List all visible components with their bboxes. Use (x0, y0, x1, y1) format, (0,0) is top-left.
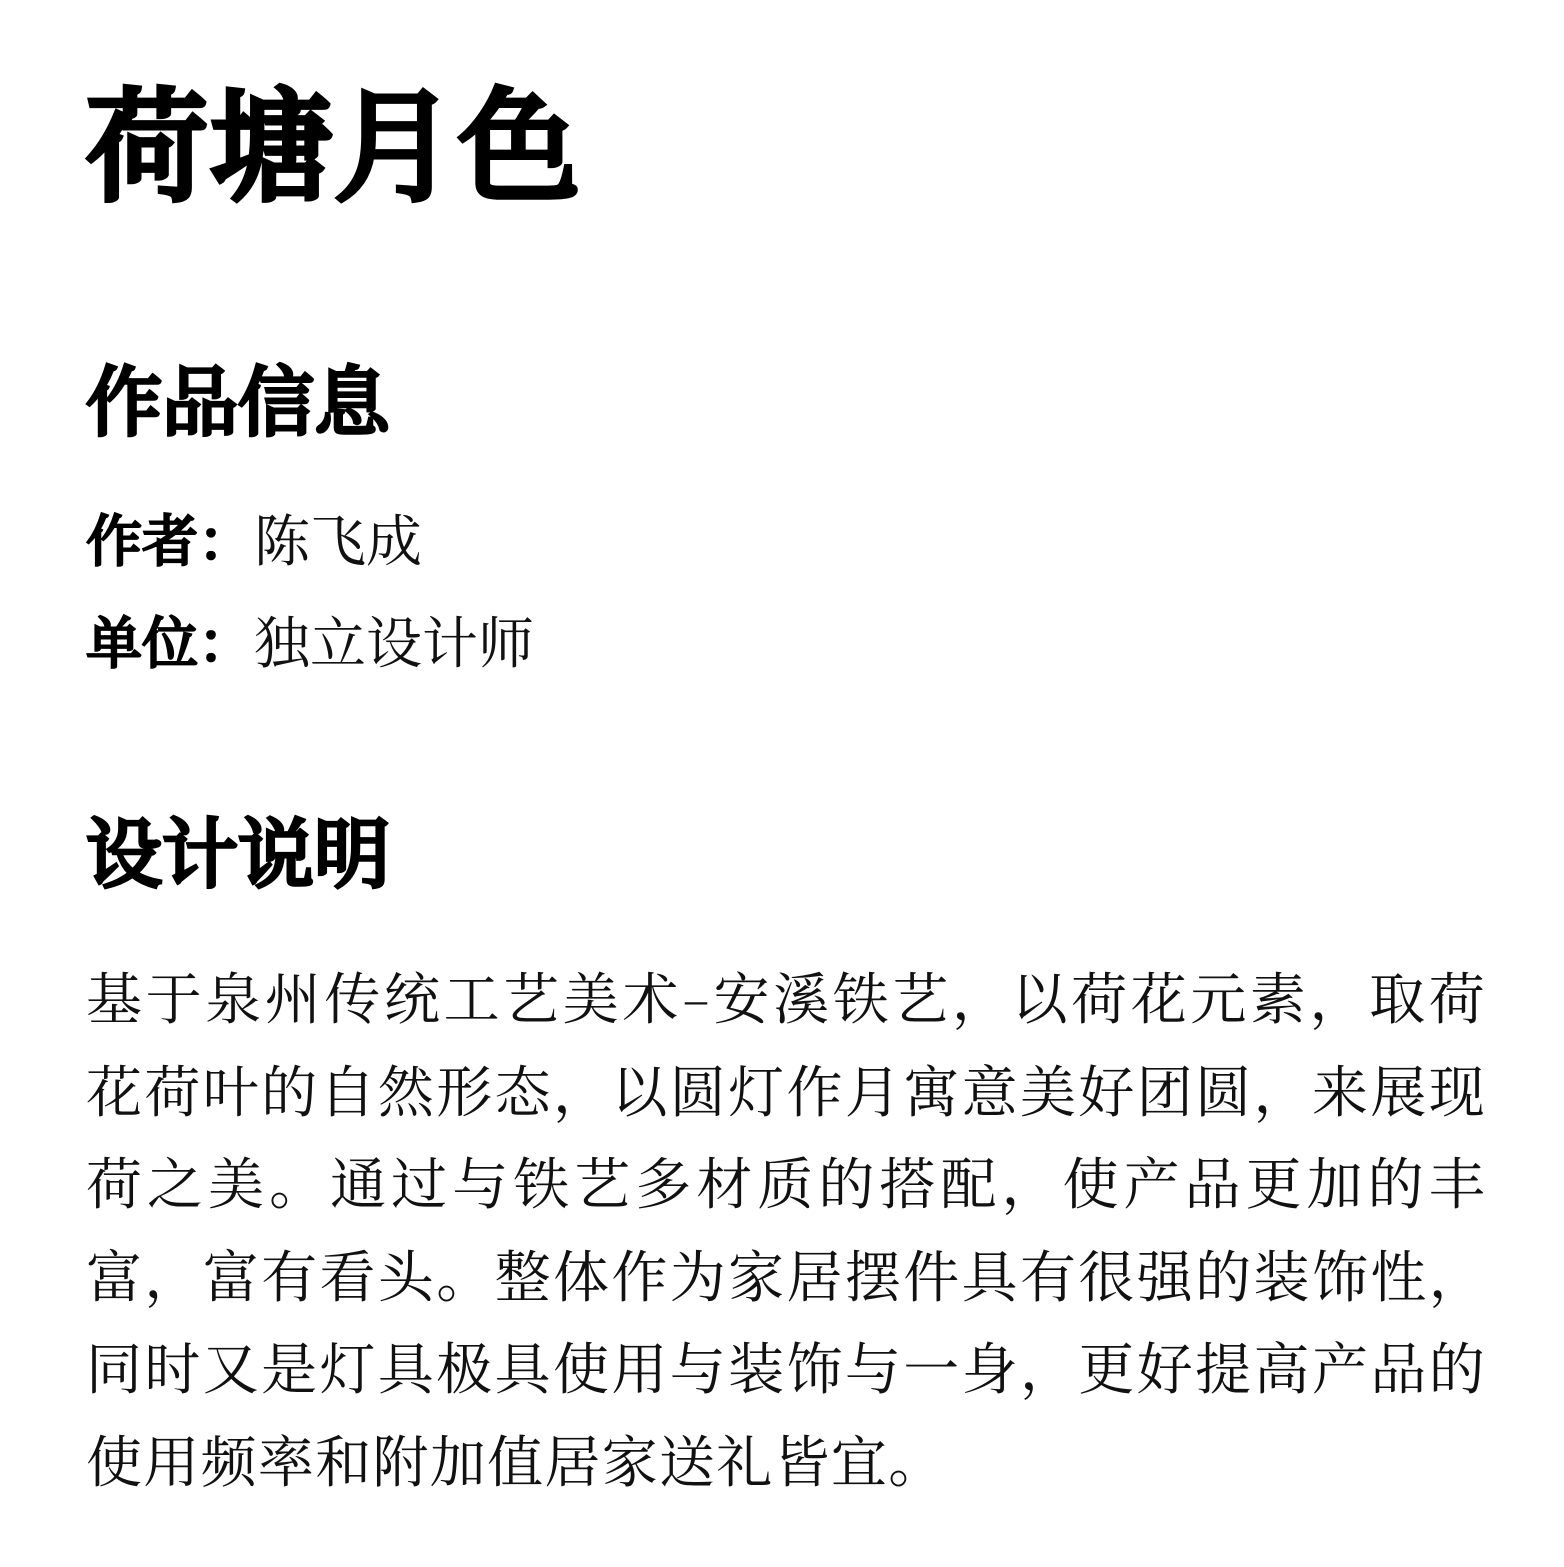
unit-label: 单位： (86, 610, 254, 680)
design-notes-heading: 设计说明 (86, 810, 390, 900)
unit-value: 独立设计师 (254, 610, 534, 680)
work-info-heading: 作品信息 (86, 358, 390, 448)
design-notes-body: 基于泉州传统工艺美术–安溪铁艺，以荷花元素，取荷花荷叶的自然形态，以圆灯作月寓意… (86, 955, 1486, 1510)
page-title: 荷塘月色 (86, 78, 582, 218)
author-label: 作者： (86, 508, 254, 578)
author-row: 作者： 陈飞成 (86, 508, 422, 578)
author-value: 陈飞成 (254, 508, 422, 578)
unit-row: 单位： 独立设计师 (86, 610, 534, 680)
